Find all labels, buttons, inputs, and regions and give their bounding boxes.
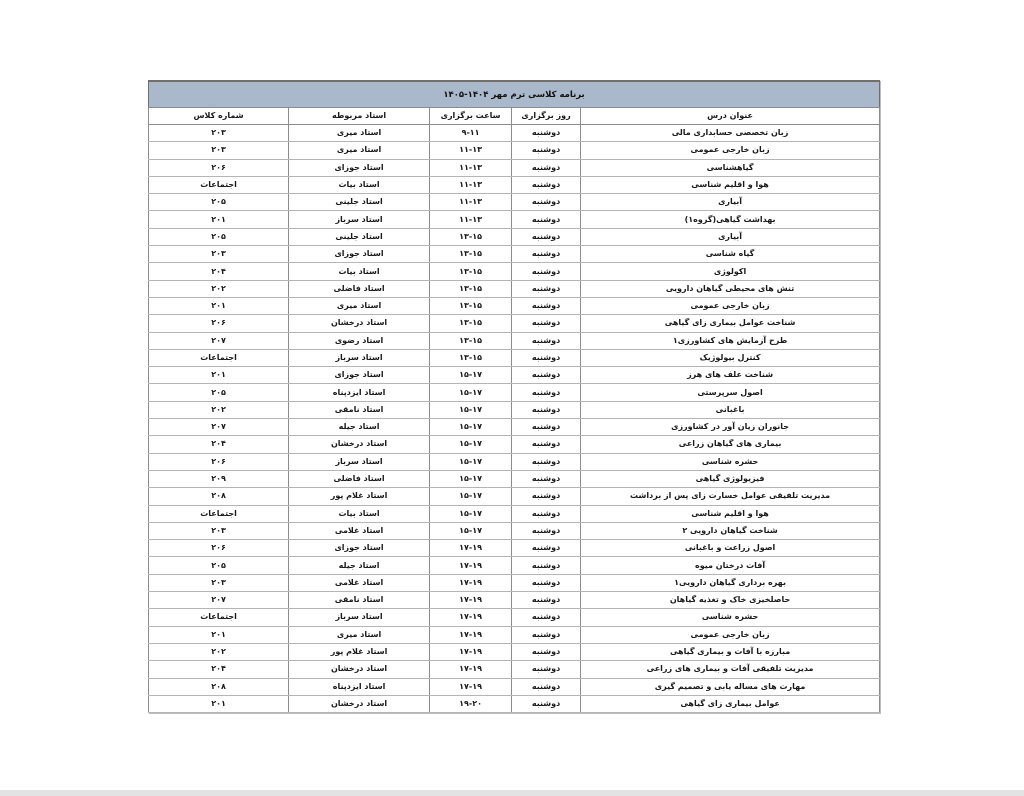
cell-day: دوشنبه: [512, 695, 581, 712]
cell-day: دوشنبه: [512, 626, 581, 643]
cell-course: هوا و اقلیم شناسی: [581, 505, 880, 522]
cell-teacher: استاد غلامی: [289, 522, 430, 539]
cell-teacher: استاد میری: [289, 125, 430, 142]
cell-time: ۱۵-۱۷: [430, 401, 512, 418]
cell-teacher: استاد غلامی: [289, 574, 430, 591]
cell-room: ۲۰۵: [149, 228, 289, 245]
table-row: گیاهشناسیدوشنبه۱۱-۱۳استاد جوزای۲۰۶: [149, 159, 880, 176]
cell-room: ۲۰۵: [149, 384, 289, 401]
cell-course: زبان خارجی عمومی: [581, 297, 880, 314]
cell-room: ۲۰۷: [149, 419, 289, 436]
cell-teacher: استاد جلینی: [289, 194, 430, 211]
cell-room: ۲۰۵: [149, 194, 289, 211]
cell-time: ۱۳-۱۵: [430, 315, 512, 332]
cell-course: اکولوژی: [581, 263, 880, 280]
cell-time: ۱۵-۱۷: [430, 522, 512, 539]
cell-course: شناخت عوامل بیماری زای گیاهی: [581, 315, 880, 332]
cell-time: ۱۵-۱۷: [430, 505, 512, 522]
cell-day: دوشنبه: [512, 332, 581, 349]
cell-course: زبان تخصصی حسابداری مالی: [581, 125, 880, 142]
cell-room: ۲۰۶: [149, 540, 289, 557]
cell-course: زبان خارجی عمومی: [581, 626, 880, 643]
cell-time: ۱۳-۱۵: [430, 297, 512, 314]
schedule-title: برنامه کلاسی ترم مهر ۱۴۰۴-۱۴۰۵: [149, 81, 880, 108]
cell-teacher: استاد جوزای: [289, 367, 430, 384]
cell-day: دوشنبه: [512, 643, 581, 660]
cell-course: کنترل بیولوژیک: [581, 349, 880, 366]
title-row: برنامه کلاسی ترم مهر ۱۴۰۴-۱۴۰۵: [149, 81, 880, 108]
cell-teacher: استاد بیات: [289, 176, 430, 193]
cell-day: دوشنبه: [512, 315, 581, 332]
cell-room: ۲۰۱: [149, 695, 289, 712]
cell-teacher: استاد فاضلی: [289, 280, 430, 297]
table-row: حاصلخیزی خاک و تغذیه گیاهاندوشنبه۱۷-۱۹اس…: [149, 592, 880, 609]
cell-course: فیزیولوژی گیاهی: [581, 470, 880, 487]
cell-time: ۱۵-۱۷: [430, 470, 512, 487]
cell-day: دوشنبه: [512, 488, 581, 505]
column-header-time: ساعت برگزاری: [430, 108, 512, 125]
cell-time: ۱۳-۱۵: [430, 332, 512, 349]
cell-day: دوشنبه: [512, 436, 581, 453]
cell-time: ۱۵-۱۷: [430, 384, 512, 401]
cell-room: اجتماعات: [149, 349, 289, 366]
cell-time: ۱۱-۱۳: [430, 159, 512, 176]
cell-room: ۲۰۳: [149, 246, 289, 263]
cell-teacher: استاد بیات: [289, 505, 430, 522]
cell-day: دوشنبه: [512, 540, 581, 557]
cell-teacher: استاد نامقی: [289, 592, 430, 609]
table-row: مبارزه با آفات و بیماری گیاهیدوشنبه۱۷-۱۹…: [149, 643, 880, 660]
table-row: عوامل بیماری زای گیاهیدوشنبه۱۹-۲۰استاد د…: [149, 695, 880, 712]
cell-time: ۱۷-۱۹: [430, 574, 512, 591]
cell-room: ۲۰۸: [149, 488, 289, 505]
cell-teacher: استاد نامقی: [289, 401, 430, 418]
cell-course: شناخت علف های هرز: [581, 367, 880, 384]
cell-day: دوشنبه: [512, 367, 581, 384]
cell-time: ۱۷-۱۹: [430, 540, 512, 557]
table-row: آبیاریدوشنبه۱۳-۱۵استاد جلینی۲۰۵: [149, 228, 880, 245]
schedule-body: زبان تخصصی حسابداری مالیدوشنبه۹-۱۱استاد …: [149, 125, 880, 713]
cell-room: ۲۰۴: [149, 661, 289, 678]
cell-course: طرح آزمایش های کشاورزی۱: [581, 332, 880, 349]
cell-course: حاصلخیزی خاک و تغذیه گیاهان: [581, 592, 880, 609]
cell-teacher: استاد درخشان: [289, 436, 430, 453]
document-page: برنامه کلاسی ترم مهر ۱۴۰۴-۱۴۰۵ عنوان درس…: [0, 0, 1024, 790]
cell-time: ۱۳-۱۵: [430, 349, 512, 366]
cell-teacher: استاد میری: [289, 626, 430, 643]
cell-day: دوشنبه: [512, 384, 581, 401]
table-row: بهداشت گیاهی(گروه۱)دوشنبه۱۱-۱۳استاد سربا…: [149, 211, 880, 228]
cell-teacher: استاد سرباز: [289, 211, 430, 228]
table-row: فیزیولوژی گیاهیدوشنبه۱۵-۱۷استاد فاضلی۲۰۹: [149, 470, 880, 487]
table-row: تنش های محیطی گیاهان داروییدوشنبه۱۳-۱۵اس…: [149, 280, 880, 297]
cell-room: ۲۰۲: [149, 643, 289, 660]
cell-day: دوشنبه: [512, 176, 581, 193]
cell-room: ۲۰۲: [149, 401, 289, 418]
cell-teacher: استاد جوزای: [289, 246, 430, 263]
cell-day: دوشنبه: [512, 470, 581, 487]
cell-course: زبان خارجی عمومی: [581, 142, 880, 159]
cell-course: مبارزه با آفات و بیماری گیاهی: [581, 643, 880, 660]
cell-teacher: استاد غلام پور: [289, 488, 430, 505]
cell-time: ۱۱-۱۳: [430, 211, 512, 228]
cell-teacher: استاد درخشان: [289, 315, 430, 332]
table-row: کنترل بیولوژیکدوشنبه۱۳-۱۵استاد سربازاجتم…: [149, 349, 880, 366]
cell-course: حشره شناسی: [581, 609, 880, 626]
table-row: حشره شناسیدوشنبه۱۵-۱۷استاد سرباز۲۰۶: [149, 453, 880, 470]
table-row: جانوران زیان آور در کشاورزیدوشنبه۱۵-۱۷اس…: [149, 419, 880, 436]
cell-teacher: استاد جوزای: [289, 540, 430, 557]
cell-teacher: استاد جیله: [289, 419, 430, 436]
cell-room: ۲۰۶: [149, 453, 289, 470]
cell-course: آبیاری: [581, 194, 880, 211]
table-row: بیماری های گیاهان زراعیدوشنبه۱۵-۱۷استاد …: [149, 436, 880, 453]
cell-time: ۱۵-۱۷: [430, 453, 512, 470]
cell-room: ۲۰۴: [149, 263, 289, 280]
cell-room: ۲۰۳: [149, 125, 289, 142]
table-row: شناخت گیاهان دارویی ۲دوشنبه۱۵-۱۷استاد غل…: [149, 522, 880, 539]
column-header-row: عنوان درس روز برگزاری ساعت برگزاری استاد…: [149, 108, 880, 125]
cell-teacher: استاد سرباز: [289, 453, 430, 470]
cell-day: دوشنبه: [512, 453, 581, 470]
cell-room: ۲۰۱: [149, 297, 289, 314]
cell-time: ۱۷-۱۹: [430, 678, 512, 695]
table-row: شناخت علف های هرزدوشنبه۱۵-۱۷استاد جوزای۲…: [149, 367, 880, 384]
cell-room: ۲۰۸: [149, 678, 289, 695]
cell-course: آبیاری: [581, 228, 880, 245]
column-header-room: شماره کلاس: [149, 108, 289, 125]
cell-room: ۲۰۷: [149, 592, 289, 609]
cell-course: جانوران زیان آور در کشاورزی: [581, 419, 880, 436]
cell-day: دوشنبه: [512, 349, 581, 366]
cell-day: دوشنبه: [512, 505, 581, 522]
table-row: زبان خارجی عمومیدوشنبه۱۷-۱۹استاد میری۲۰۱: [149, 626, 880, 643]
cell-teacher: استاد جلینی: [289, 228, 430, 245]
cell-room: ۲۰۱: [149, 367, 289, 384]
cell-room: ۲۰۲: [149, 280, 289, 297]
cell-teacher: استاد میری: [289, 142, 430, 159]
cell-time: ۱۵-۱۷: [430, 367, 512, 384]
cell-day: دوشنبه: [512, 246, 581, 263]
cell-day: دوشنبه: [512, 592, 581, 609]
cell-day: دوشنبه: [512, 522, 581, 539]
cell-teacher: استاد ایزدپناه: [289, 384, 430, 401]
table-row: هوا و اقلیم شناسیدوشنبه۱۱-۱۳استاد بیاتاج…: [149, 176, 880, 193]
cell-day: دوشنبه: [512, 159, 581, 176]
cell-day: دوشنبه: [512, 280, 581, 297]
cell-course: بیماری های گیاهان زراعی: [581, 436, 880, 453]
cell-day: دوشنبه: [512, 228, 581, 245]
cell-day: دوشنبه: [512, 401, 581, 418]
cell-time: ۱۷-۱۹: [430, 609, 512, 626]
cell-teacher: استاد بیات: [289, 263, 430, 280]
cell-teacher: استاد جوزای: [289, 159, 430, 176]
cell-room: اجتماعات: [149, 176, 289, 193]
cell-time: ۱۳-۱۵: [430, 228, 512, 245]
cell-room: ۲۰۷: [149, 332, 289, 349]
table-row: حشره شناسیدوشنبه۱۷-۱۹استاد سربازاجتماعات: [149, 609, 880, 626]
table-row: بهره برداری گیاهان دارویی۱دوشنبه۱۷-۱۹است…: [149, 574, 880, 591]
table-row: هوا و اقلیم شناسیدوشنبه۱۵-۱۷استاد بیاتاج…: [149, 505, 880, 522]
cell-day: دوشنبه: [512, 194, 581, 211]
cell-room: ۲۰۴: [149, 436, 289, 453]
table-row: مدیریت تلفیقی عوامل خسارت زای پس از بردا…: [149, 488, 880, 505]
cell-time: ۱۳-۱۵: [430, 280, 512, 297]
column-header-day: روز برگزاری: [512, 108, 581, 125]
cell-day: دوشنبه: [512, 263, 581, 280]
cell-course: مدیریت تلفیقی عوامل خسارت زای پس از بردا…: [581, 488, 880, 505]
cell-room: ۲۰۹: [149, 470, 289, 487]
table-row: شناخت عوامل بیماری زای گیاهیدوشنبه۱۳-۱۵ا…: [149, 315, 880, 332]
cell-course: عوامل بیماری زای گیاهی: [581, 695, 880, 712]
cell-teacher: استاد سرباز: [289, 609, 430, 626]
table-row: زبان خارجی عمومیدوشنبه۱۳-۱۵استاد میری۲۰۱: [149, 297, 880, 314]
cell-time: ۱۱-۱۳: [430, 176, 512, 193]
cell-course: بهداشت گیاهی(گروه۱): [581, 211, 880, 228]
table-row: زبان تخصصی حسابداری مالیدوشنبه۹-۱۱استاد …: [149, 125, 880, 142]
viewer-bottom-strip: [0, 790, 1024, 796]
table-row: اکولوژیدوشنبه۱۳-۱۵استاد بیات۲۰۴: [149, 263, 880, 280]
table-row: گیاه شناسیدوشنبه۱۳-۱۵استاد جوزای۲۰۳: [149, 246, 880, 263]
cell-room: اجتماعات: [149, 505, 289, 522]
cell-day: دوشنبه: [512, 125, 581, 142]
cell-course: شناخت گیاهان دارویی ۲: [581, 522, 880, 539]
cell-teacher: استاد سرباز: [289, 349, 430, 366]
cell-teacher: استاد درخشان: [289, 661, 430, 678]
table-row: زبان خارجی عمومیدوشنبه۱۱-۱۳استاد میری۲۰۳: [149, 142, 880, 159]
table-row: آفات درختان میوهدوشنبه۱۷-۱۹استاد جیله۲۰۵: [149, 557, 880, 574]
cell-day: دوشنبه: [512, 419, 581, 436]
column-header-teacher: استاد مربوطه: [289, 108, 430, 125]
cell-day: دوشنبه: [512, 297, 581, 314]
cell-time: ۱۵-۱۷: [430, 419, 512, 436]
cell-course: اصول زراعت و باغبانی: [581, 540, 880, 557]
cell-course: مدیریت تلفیقی آفات و بیماری های زراعی: [581, 661, 880, 678]
cell-teacher: استاد رضوی: [289, 332, 430, 349]
cell-time: ۱۱-۱۳: [430, 142, 512, 159]
cell-day: دوشنبه: [512, 142, 581, 159]
table-row: مدیریت تلفیقی آفات و بیماری های زراعیدوش…: [149, 661, 880, 678]
table-row: اصول سرپرستیدوشنبه۱۵-۱۷استاد ایزدپناه۲۰۵: [149, 384, 880, 401]
cell-room: ۲۰۶: [149, 315, 289, 332]
cell-room: ۲۰۶: [149, 159, 289, 176]
cell-teacher: استاد غلام پور: [289, 643, 430, 660]
cell-course: تنش های محیطی گیاهان دارویی: [581, 280, 880, 297]
cell-course: مهارت های مساله یابی و تصمیم گیری: [581, 678, 880, 695]
cell-time: ۱۳-۱۵: [430, 263, 512, 280]
cell-room: اجتماعات: [149, 609, 289, 626]
cell-time: ۱۷-۱۹: [430, 661, 512, 678]
cell-time: ۱۷-۱۹: [430, 643, 512, 660]
cell-room: ۲۰۳: [149, 522, 289, 539]
cell-course: هوا و اقلیم شناسی: [581, 176, 880, 193]
cell-room: ۲۰۱: [149, 211, 289, 228]
cell-day: دوشنبه: [512, 609, 581, 626]
table-row: باغبانیدوشنبه۱۵-۱۷استاد نامقی۲۰۲: [149, 401, 880, 418]
cell-course: آفات درختان میوه: [581, 557, 880, 574]
cell-day: دوشنبه: [512, 557, 581, 574]
table-row: اصول زراعت و باغبانیدوشنبه۱۷-۱۹استاد جوز…: [149, 540, 880, 557]
cell-course: اصول سرپرستی: [581, 384, 880, 401]
table-row: طرح آزمایش های کشاورزی۱دوشنبه۱۳-۱۵استاد …: [149, 332, 880, 349]
column-header-course: عنوان درس: [581, 108, 880, 125]
cell-time: ۱۷-۱۹: [430, 557, 512, 574]
cell-course: باغبانی: [581, 401, 880, 418]
table-row: مهارت های مساله یابی و تصمیم گیریدوشنبه۱…: [149, 678, 880, 695]
cell-teacher: استاد جیله: [289, 557, 430, 574]
class-schedule-table: برنامه کلاسی ترم مهر ۱۴۰۴-۱۴۰۵ عنوان درس…: [148, 80, 880, 713]
cell-time: ۱۵-۱۷: [430, 436, 512, 453]
cell-time: ۱۹-۲۰: [430, 695, 512, 712]
cell-time: ۱۱-۱۳: [430, 194, 512, 211]
cell-room: ۲۰۱: [149, 626, 289, 643]
cell-day: دوشنبه: [512, 678, 581, 695]
cell-time: ۹-۱۱: [430, 125, 512, 142]
cell-time: ۱۵-۱۷: [430, 488, 512, 505]
cell-room: ۲۰۳: [149, 574, 289, 591]
cell-course: حشره شناسی: [581, 453, 880, 470]
cell-course: گیاه شناسی: [581, 246, 880, 263]
cell-time: ۱۳-۱۵: [430, 246, 512, 263]
cell-room: ۲۰۳: [149, 142, 289, 159]
cell-day: دوشنبه: [512, 211, 581, 228]
cell-time: ۱۷-۱۹: [430, 592, 512, 609]
cell-course: بهره برداری گیاهان دارویی۱: [581, 574, 880, 591]
cell-day: دوشنبه: [512, 661, 581, 678]
table-row: آبیاریدوشنبه۱۱-۱۳استاد جلینی۲۰۵: [149, 194, 880, 211]
cell-course: گیاهشناسی: [581, 159, 880, 176]
cell-teacher: استاد فاضلی: [289, 470, 430, 487]
cell-time: ۱۷-۱۹: [430, 626, 512, 643]
cell-teacher: استاد درخشان: [289, 695, 430, 712]
cell-room: ۲۰۵: [149, 557, 289, 574]
cell-teacher: استاد میری: [289, 297, 430, 314]
cell-teacher: استاد ایزدپناه: [289, 678, 430, 695]
cell-day: دوشنبه: [512, 574, 581, 591]
